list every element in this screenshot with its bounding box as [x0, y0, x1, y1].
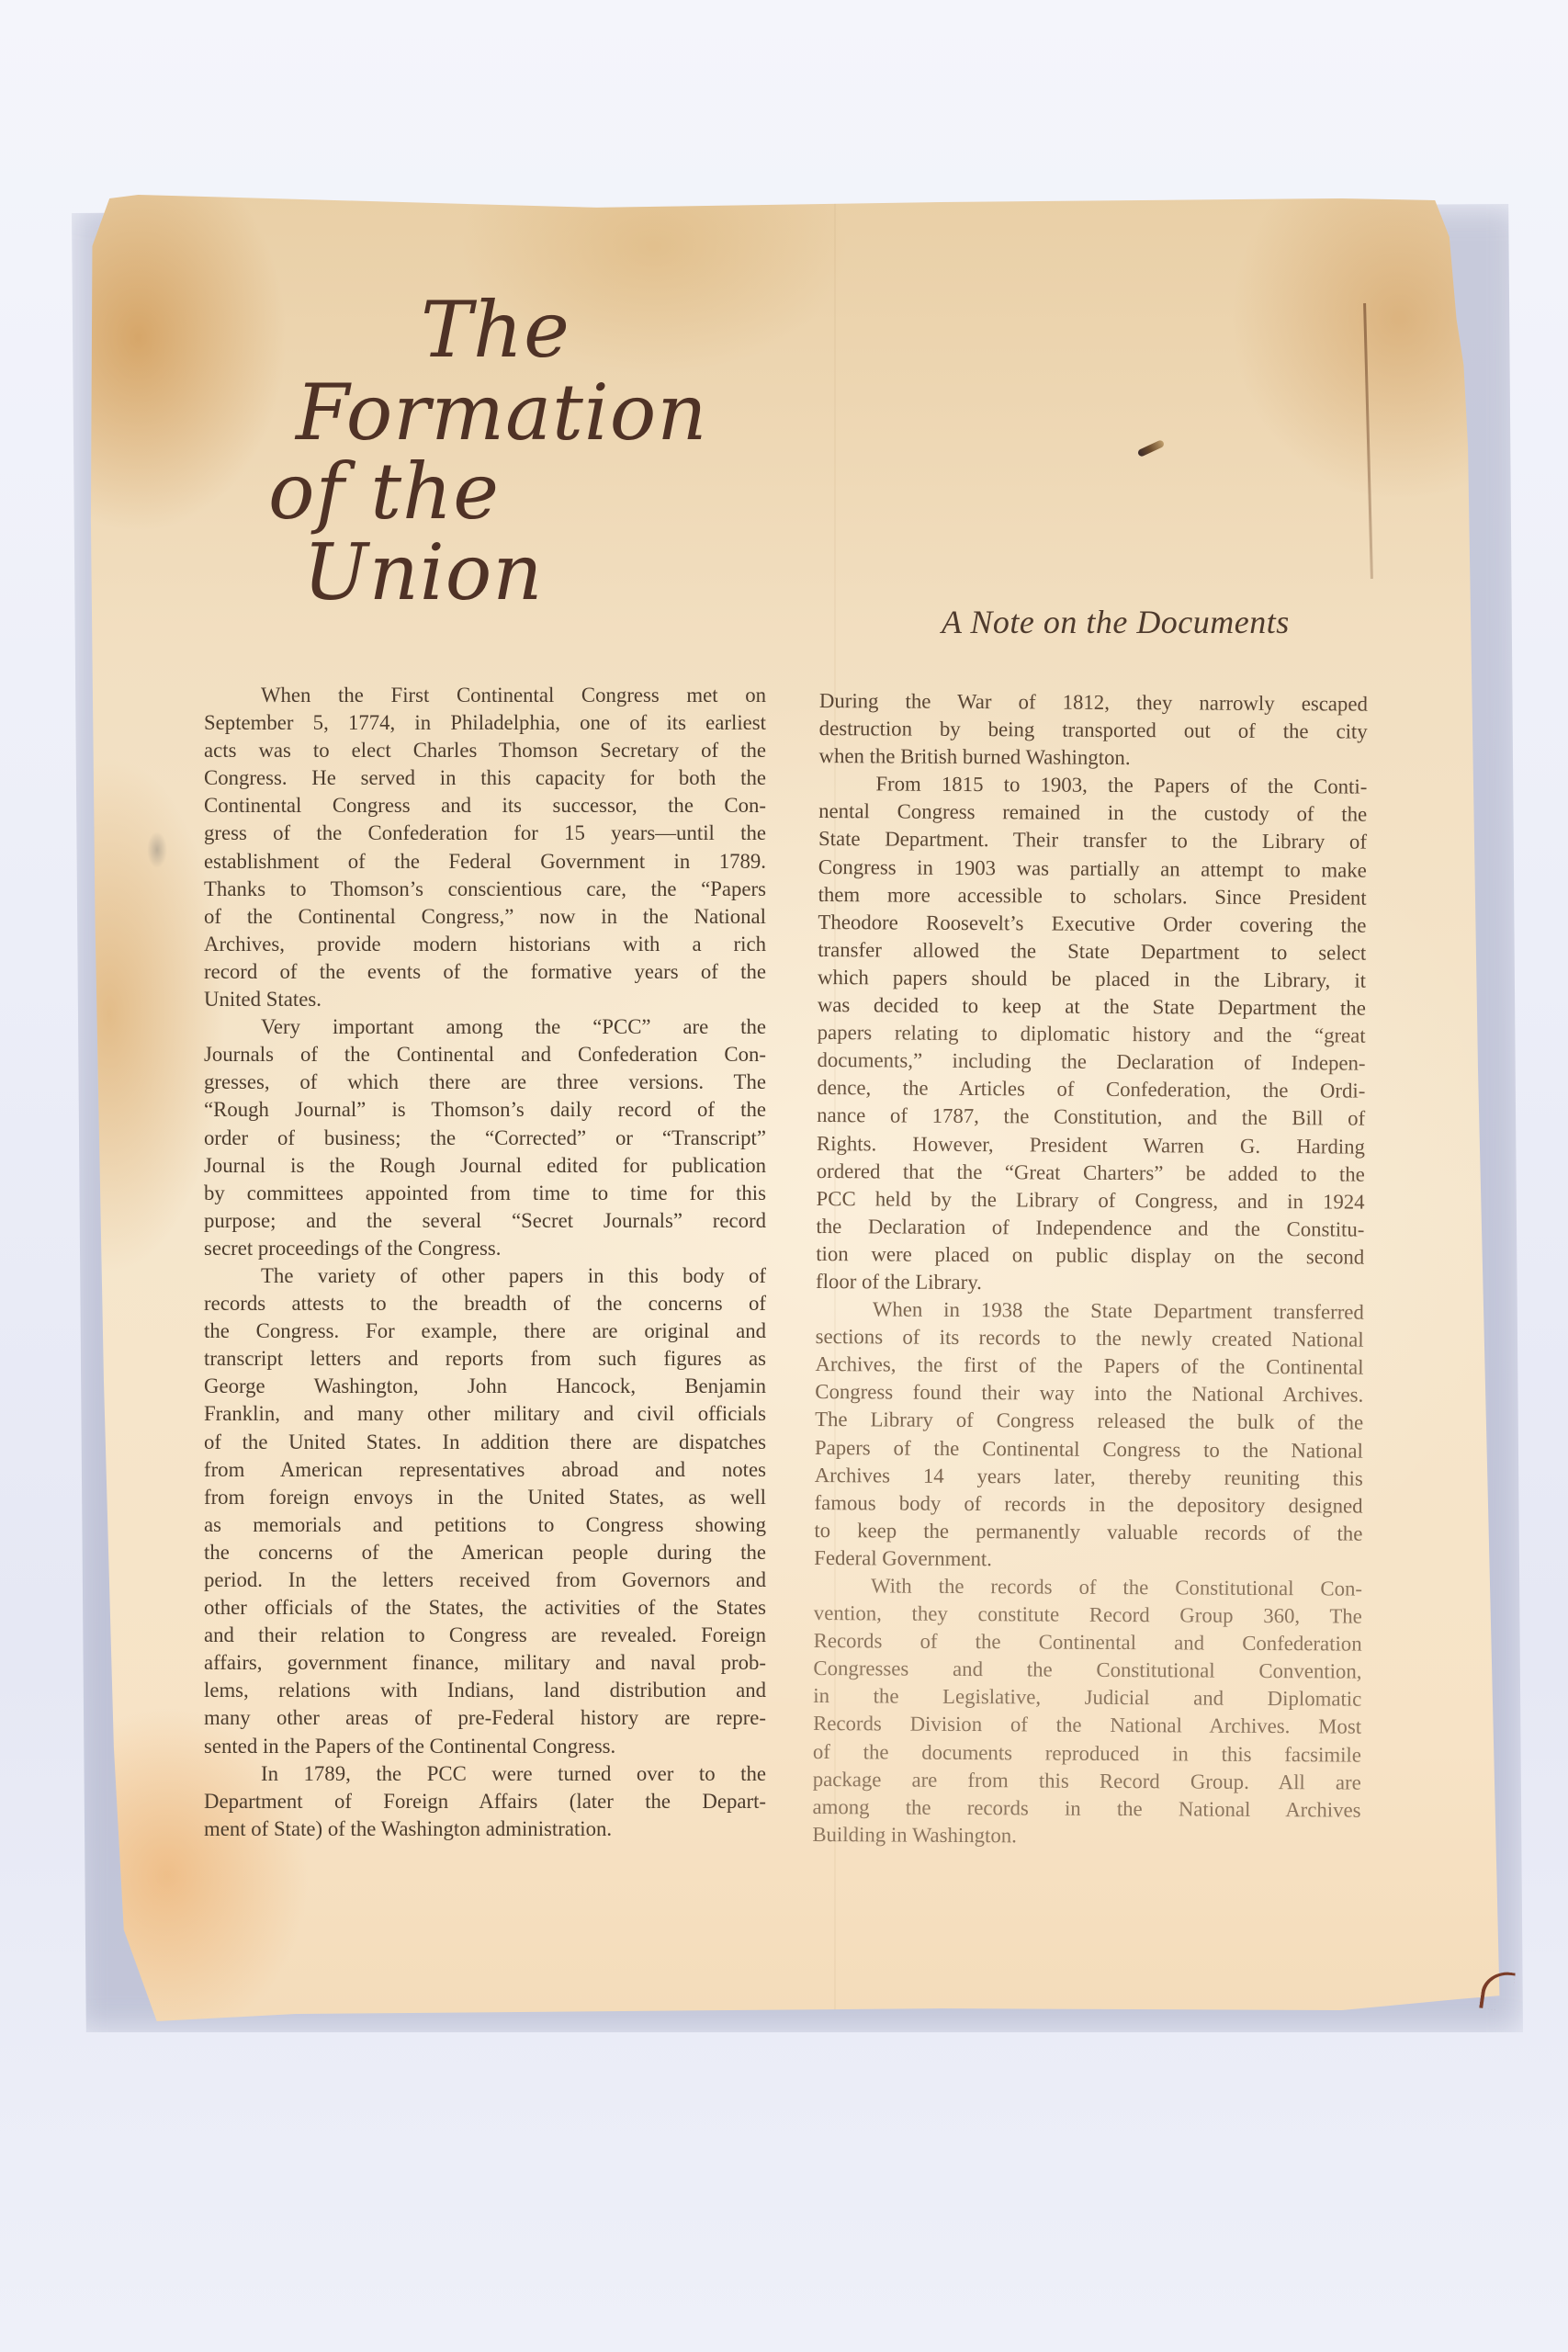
text-line: destruction by being transported out of … [819, 715, 1368, 746]
text-line: During the War of 1812, they narrowly es… [819, 687, 1368, 718]
text-line: as memorials and petitions to Congress s… [204, 1511, 766, 1539]
text-line: other officials of the States, the activ… [204, 1594, 766, 1622]
text-line: them more accessible to scholars. Since … [818, 881, 1367, 912]
text-line: Records of the Continental and Confedera… [814, 1627, 1362, 1658]
text-line: Records Division of the National Archive… [813, 1710, 1361, 1741]
text-line: dence, the Articles of Confederation, th… [817, 1074, 1365, 1105]
text-line: When the First Continental Congress met … [204, 682, 766, 709]
text-line: among the records in the National Archiv… [812, 1793, 1360, 1825]
text-line: many other areas of pre-Federal history … [204, 1704, 766, 1732]
text-line: of the documents reproduced in this facs… [813, 1738, 1361, 1770]
text-line: George Washington, John Hancock, Benjami… [204, 1373, 766, 1400]
text-line: Journal is the Rough Journal edited for … [204, 1152, 766, 1180]
text-line: purpose; and the several “Secret Journal… [204, 1207, 766, 1235]
text-line: Thanks to Thomson’s conscientious care, … [204, 876, 766, 903]
text-line: record of the events of the formative ye… [204, 958, 766, 986]
text-line: records attests to the breadth of the co… [204, 1290, 766, 1317]
text-line: gresses, of which there are three versio… [204, 1069, 766, 1096]
text-line: acts was to elect Charles Thomson Secret… [204, 737, 766, 764]
text-line: Building in Washington. [812, 1821, 1360, 1852]
text-line: Very important among the “PCC” are the [204, 1013, 766, 1041]
text-line: Congresses and the Constitutional Conven… [813, 1655, 1361, 1686]
text-line: famous body of records in the depository… [814, 1489, 1362, 1521]
text-line: Congress. He served in this capacity for… [204, 764, 766, 792]
text-line: Papers of the Continental Congress to th… [815, 1434, 1363, 1465]
text-line: by committees appointed from time to tim… [204, 1180, 766, 1207]
text-line: Theodore Roosevelt’s Executive Order cov… [818, 909, 1366, 940]
text-line: package are from this Record Group. All … [813, 1766, 1361, 1797]
text-line: From 1815 to 1903, the Papers of the Con… [818, 770, 1367, 801]
right-text-column: During the War of 1812, they narrowly es… [812, 687, 1368, 1852]
text-line: papers relating to diplomatic history an… [818, 1019, 1366, 1050]
text-line: the Congress. For example, there are ori… [204, 1317, 766, 1345]
text-line: United States. [204, 986, 766, 1013]
text-line: Franklin, and many other military and ci… [204, 1400, 766, 1428]
left-text-column: When the First Continental Congress met … [204, 682, 766, 1843]
stain-smudge [147, 831, 167, 868]
text-line: State Department. Their transfer to the … [818, 825, 1367, 856]
text-line: period. In the letters received from Gov… [204, 1566, 766, 1594]
text-line: Archives, provide modern historians with… [204, 931, 766, 958]
text-line: transfer allowed the State Department to… [818, 936, 1366, 967]
text-line: Congress in 1903 was partially an attemp… [818, 854, 1367, 885]
text-line: tion were placed on public display on th… [816, 1240, 1364, 1272]
text-line: When in 1938 the State Department transf… [816, 1295, 1364, 1327]
text-line: nental Congress remained in the custody … [818, 797, 1367, 829]
text-line: secret proceedings of the Congress. [204, 1235, 766, 1262]
text-line: With the records of the Constitutional C… [814, 1572, 1362, 1603]
text-line: lems, relations with Indians, land distr… [204, 1677, 766, 1704]
text-line: “Rough Journal” is Thomson’s daily recor… [204, 1096, 766, 1124]
text-line: Department of Foreign Affairs (later the… [204, 1788, 766, 1815]
text-line: from foreign envoys in the United States… [204, 1484, 766, 1511]
text-line: of the United States. In addition there … [204, 1429, 766, 1456]
text-line: ment of State) of the Washington adminis… [204, 1815, 766, 1843]
text-line: ordered that the “Great Charters” be add… [817, 1158, 1365, 1189]
text-line: order of business; the “Corrected” or “T… [204, 1125, 766, 1152]
text-line: from American representatives abroad and… [204, 1456, 766, 1484]
text-line: Federal Government. [814, 1544, 1362, 1576]
text-line: floor of the Library. [816, 1268, 1364, 1299]
section-subtitle: A Note on the Documents [942, 603, 1290, 641]
text-line: gress of the Confederation for 15 years—… [204, 820, 766, 847]
text-line: vention, they constitute Record Group 36… [814, 1600, 1362, 1631]
text-line: and their relation to Congress are revea… [204, 1622, 766, 1649]
text-line: transcript letters and reports from such… [204, 1345, 766, 1373]
title-line-2: Formation [296, 367, 707, 458]
text-line: Congress found their way into the Nation… [815, 1378, 1363, 1409]
text-line: affairs, government finance, military an… [204, 1649, 766, 1677]
text-line: Rights. However, President Warren G. Har… [817, 1129, 1365, 1160]
text-line: In 1789, the PCC were turned over to the [204, 1760, 766, 1788]
text-line: to keep the permanently valuable records… [814, 1517, 1362, 1548]
text-line: PCC held by the Library of Congress, and… [817, 1185, 1365, 1216]
text-line: Archives, the first of the Papers of the… [815, 1351, 1363, 1382]
title-line-1: The [421, 285, 570, 375]
text-line: of the Continental Congress,” now in the… [204, 903, 766, 931]
text-line: September 5, 1774, in Philadelphia, one … [204, 709, 766, 737]
text-line: sented in the Papers of the Continental … [204, 1733, 766, 1760]
title-line-4: Union [303, 527, 543, 617]
text-line: Archives 14 years later, thereby reuniti… [815, 1462, 1363, 1493]
text-line: in the Legislative, Judicial and Diploma… [813, 1682, 1361, 1713]
text-line: was decided to keep at the State Departm… [818, 991, 1366, 1023]
text-line: the concerns of the American people duri… [204, 1539, 766, 1566]
text-line: sections of its records to the newly cre… [816, 1323, 1364, 1354]
text-line: The variety of other papers in this body… [204, 1262, 766, 1290]
text-line: nance of 1787, the Constitution, and the… [817, 1102, 1365, 1133]
text-line: Journals of the Continental and Confeder… [204, 1041, 766, 1069]
text-line: Continental Congress and its successor, … [204, 792, 766, 820]
text-line: documents,” including the Declaration of… [817, 1046, 1365, 1078]
text-line: establishment of the Federal Government … [204, 848, 766, 876]
title-line-3: of the [268, 447, 500, 537]
text-line: the Declaration of Independence and the … [816, 1213, 1364, 1244]
text-line: when the British burned Washington. [818, 742, 1367, 774]
text-line: The Library of Congress released the bul… [815, 1406, 1363, 1437]
text-line: which papers should be placed in the Lib… [818, 964, 1366, 995]
